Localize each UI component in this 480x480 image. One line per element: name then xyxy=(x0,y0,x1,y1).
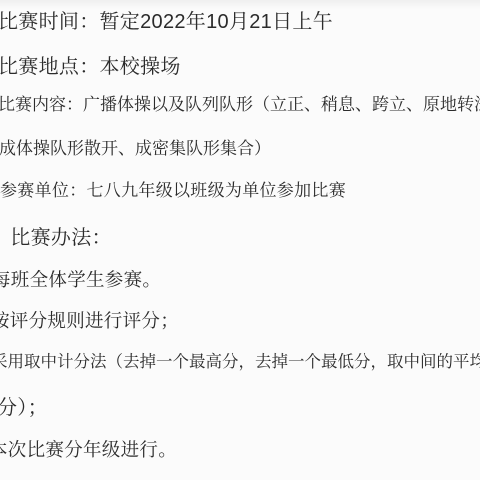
doc-line-participating-units: 参赛单位：七八九年级以班级为单位参加比赛 xyxy=(0,181,346,201)
doc-line-competition-content-continued: 成体操队形散开、成密集队形集合） xyxy=(0,139,271,159)
doc-line-method-all-students: 每班全体学生参赛。 xyxy=(0,269,161,291)
doc-line-method-trimmed-mean: 采用取中计分法（去掉一个最高分，去掉一个最低分，取中间的平均 xyxy=(0,353,480,373)
document-page: 比赛时间：暂定2022年10月21日上午 比赛地点：本校操场 比赛内容：广播体操… xyxy=(0,0,480,480)
doc-line-competition-time: 比赛时间：暂定2022年10月21日上午 xyxy=(0,10,333,34)
doc-line-method-by-grade: 本次比赛分年级进行。 xyxy=(0,439,177,461)
doc-line-method-trimmed-mean-continued: 分）； xyxy=(0,396,48,420)
doc-line-method-heading: 、比赛办法： xyxy=(0,226,112,250)
doc-line-competition-venue: 比赛地点：本校操场 xyxy=(0,55,181,79)
doc-line-competition-content: 比赛内容：广播体操以及队列队形（立正、稍息、跨立、原地转法 xyxy=(0,95,480,115)
doc-line-method-scoring-rules: 按评分规则进行评分； xyxy=(0,310,179,332)
